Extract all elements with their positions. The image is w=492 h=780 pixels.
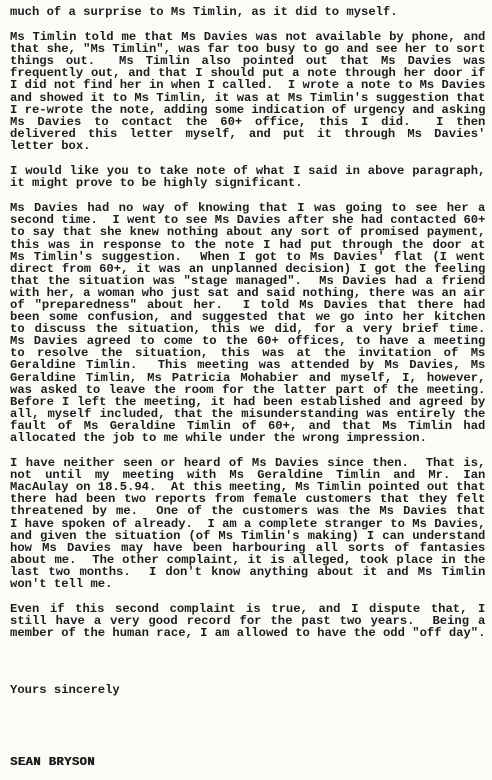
letter-line: I have spoken of already. I am a complet… <box>10 518 485 530</box>
letter-body: much of a surprise to Ms Timlin, as it d… <box>10 6 486 639</box>
letter-page: much of a surprise to Ms Timlin, as it d… <box>0 0 492 780</box>
letter-line: I did not find her in when I called. I w… <box>10 79 485 91</box>
closing-line: Yours sincerely <box>10 684 486 696</box>
paragraph: I would like you to take note of what I … <box>10 165 485 189</box>
letter-line: and showed it to Ms Timlin, it was at Ms… <box>10 92 485 104</box>
letter-line: threatened by me. One of the customers w… <box>10 505 485 517</box>
letter-line: member of the human race, I am allowed t… <box>10 627 485 639</box>
paragraph: Ms Davies had no way of knowing that I w… <box>10 202 485 444</box>
letter-line: Geraldine Timlin. This meeting was atten… <box>10 359 485 371</box>
paragraph: Even if this second complaint is true, a… <box>10 603 485 639</box>
letter-line: Ms Timlin's suggestion. When I got to Ms… <box>10 251 485 263</box>
letter-line: and given the situation (of Ms Timlin's … <box>10 530 485 542</box>
letter-line: it might prove to be highly significant. <box>10 177 485 189</box>
letter-line: letter box. <box>10 140 485 152</box>
letter-line: was asked to leave the room for the latt… <box>10 384 485 396</box>
paragraph: Ms Timlin told me that Ms Davies was not… <box>10 31 485 152</box>
letter-line: this was in response to the note I had p… <box>10 239 485 251</box>
letter-line: to say that she knew nothing about any s… <box>10 226 485 238</box>
letter-line: Geraldine Timlin, Ms Patricia Mohabier a… <box>10 372 485 384</box>
letter-line: much of a surprise to Ms Timlin, as it d… <box>10 6 485 18</box>
letter-line: allocated the job to me while under the … <box>10 432 485 444</box>
letter-line: direct from 60+, it was an unplanned dec… <box>10 263 485 275</box>
paragraph: much of a surprise to Ms Timlin, as it d… <box>10 6 485 18</box>
signature-name: SEAN BRYSON <box>10 756 486 768</box>
letter-line: I re-wrote the note, adding some indicat… <box>10 104 485 116</box>
letter-line: won't tell me. <box>10 578 485 590</box>
letter-line: Before I left the meeting, it had been e… <box>10 396 485 408</box>
paragraph: I have neither seen or heard of Ms Davie… <box>10 457 485 590</box>
